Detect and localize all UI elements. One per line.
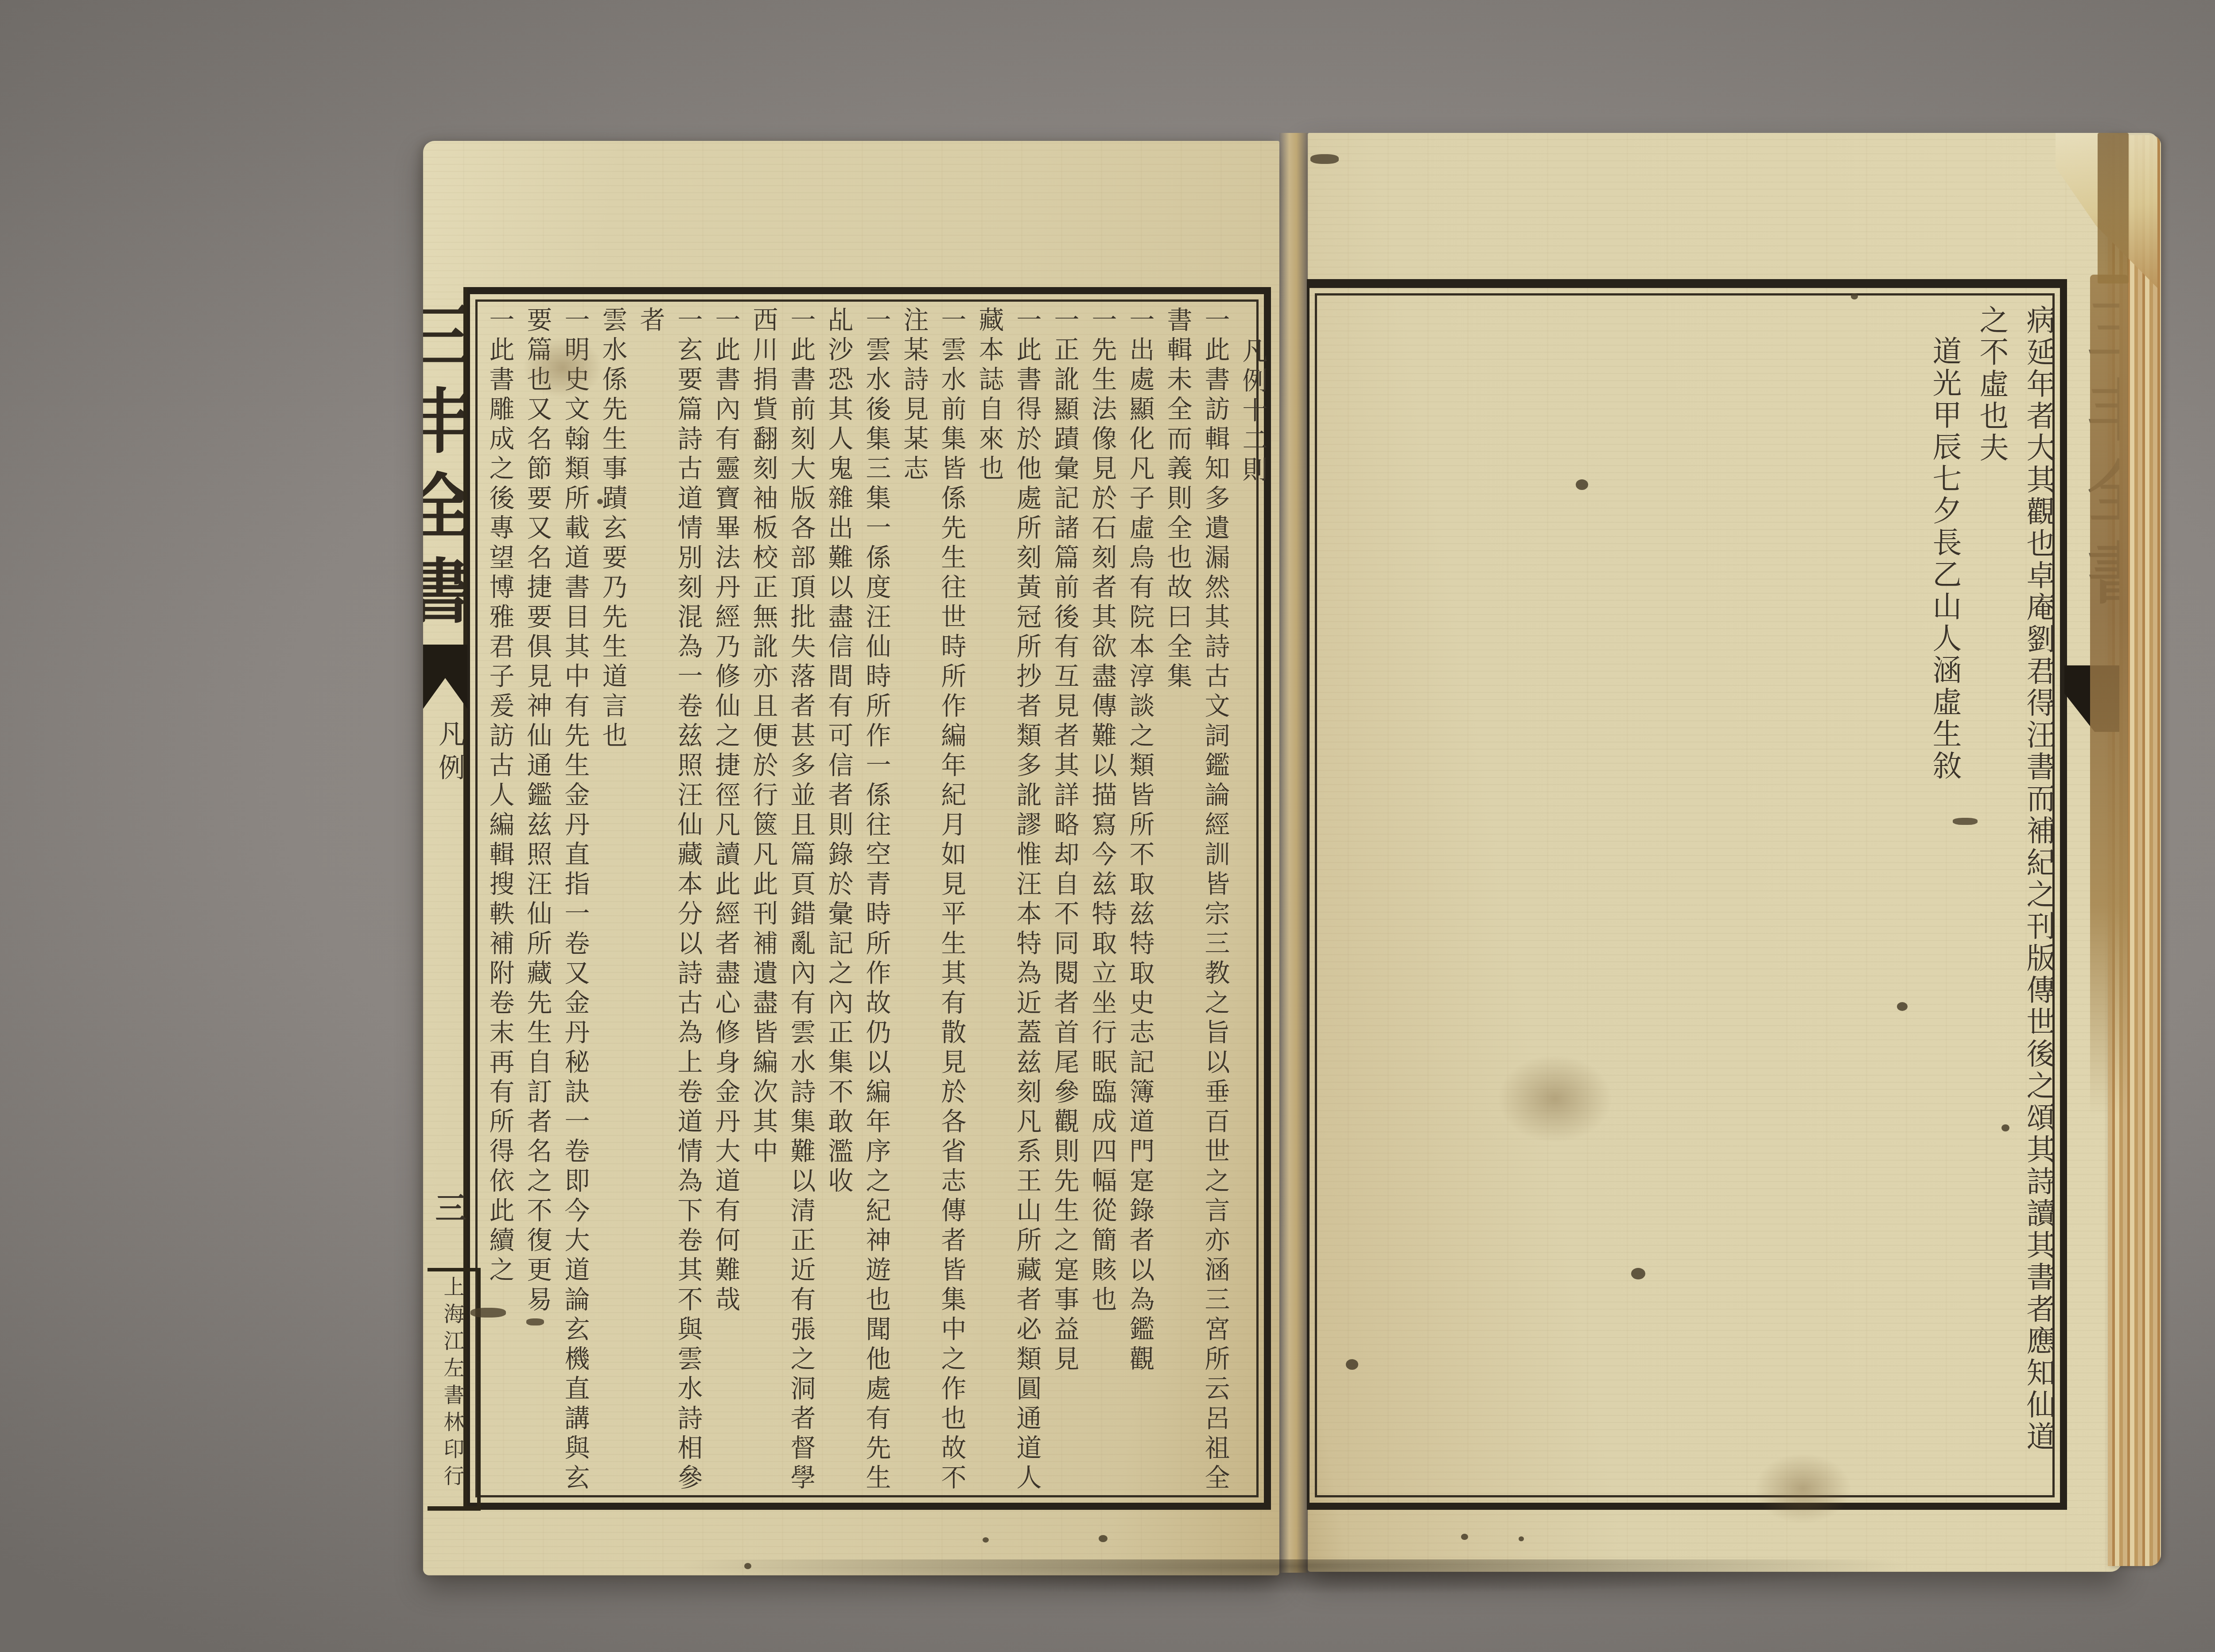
text-column: 一玄要篇詩古道情別刻混為一卷兹照汪仙藏本分以詩古為上卷道情為下卷其不與雲水詩相參…	[631, 307, 707, 1498]
text-column: 一此書內有靈寶畢法丹經乃修仙之捷徑凡讀此經者盡心修身金丹大道有何難哉	[707, 307, 744, 1498]
text-column: 凡例十二則	[1234, 338, 1271, 1498]
ink-smear	[1310, 154, 1339, 164]
text-column: 藏本誌自來也	[970, 307, 1008, 1498]
book-gutter	[1279, 133, 1308, 1573]
text-column: 一先生法像見於石刻者其欲盡傳難以描寫今兹特取立坐行眠臨成四幅從簡賅也	[1083, 307, 1121, 1498]
book-photograph: 三丰全書 凡例 三 上海江左書林印行 三丰全書 凡例十二則一此書訪輯知多遺漏然其…	[0, 0, 2215, 1652]
paper-stain	[523, 337, 602, 399]
text-column: 之不虛也夫	[1968, 305, 2015, 1483]
worm-spot	[1346, 1359, 1358, 1370]
text-column: 注某詩見某志	[895, 307, 933, 1498]
publisher-imprint: 上海江左書林印行	[438, 1276, 467, 1506]
text-column: 西川捐貲翻刻袖板校正無訛亦且便於行篋凡此刊補遺盡皆編次其中	[744, 307, 782, 1498]
paper-stain	[1754, 1453, 1852, 1524]
preface-ending-text-block: 病延年者大其觀也卓庵劉君得汪書而補紀之刊版傳世後之頌其詩讀其書者應知仙道之不虛也…	[1919, 305, 2062, 1483]
page-number: 三	[426, 1192, 471, 1223]
text-column: 一出處顯化凡子虛烏有院本淳談之類皆所不取兹特取史志記簿道門寔錄者以為鑑觀	[1121, 307, 1158, 1498]
ink-smear	[526, 1318, 544, 1325]
ink-smear	[1953, 818, 1978, 825]
worm-spot	[744, 1563, 751, 1569]
fanli-text-block: 凡例十二則一此書訪輯知多遺漏然其詩古文詞鑑論經訓皆宗三教之旨以垂百世之言亦涵三宮…	[518, 307, 1271, 1498]
worm-spot	[2001, 1124, 2009, 1131]
worm-spot	[983, 1537, 989, 1543]
worm-spot	[1576, 479, 1588, 490]
worm-spot	[1631, 1268, 1645, 1279]
text-column: 書輯未全而義則全也故曰全集	[1158, 307, 1196, 1498]
text-column: 一正訛顯蹟彙記諸篇前後有互見者其詳略却自不同閱者首尾參觀則先生之寔事益見	[1045, 307, 1083, 1498]
text-column: 一此書前刻大版各部頂批失落者甚多並且篇頁錯亂內有雲水詩集難以清正近有張之洞者督學	[782, 307, 820, 1498]
worm-spot	[1851, 293, 1858, 299]
worm-spot	[1519, 1536, 1524, 1541]
text-column: 一此書得於他處所刻黃冠所抄者類多訛謬惟汪本特為近蓋兹刻凡系王山所藏者必類圓通道人	[1008, 307, 1045, 1498]
book-title-vertical: 三丰全書	[423, 299, 467, 640]
text-column: 道光甲辰七夕長乙山人涵虛生敘	[1921, 336, 1968, 1483]
text-column: 雲水係先生事蹟玄要乃先生道言也	[594, 307, 631, 1498]
text-column: 一此書訪輯知多遺漏然其詩古文詞鑑論經訓皆宗三教之旨以垂百世之言亦涵三宮所云呂祖全	[1196, 307, 1234, 1498]
book-shadow	[416, 1559, 2171, 1626]
worm-spot	[1897, 1002, 1908, 1011]
ink-smear	[470, 1308, 506, 1318]
text-column: 病延年者大其觀也卓庵劉君得汪書而補紀之刊版傳世後之頌其詩讀其書者應知仙道	[2015, 305, 2062, 1483]
worm-spot	[1461, 1534, 1468, 1540]
text-column: 一明史文翰類所載道書目其中有先生金丹直指一卷又金丹秘訣一卷即今大道論玄機直講與玄	[556, 307, 594, 1498]
section-label: 凡例	[431, 720, 469, 787]
text-column: 一此書雕成之後專望博雅君子爰訪古人編輯搜軼補附卷末再有所得依此續之	[481, 307, 518, 1498]
spine-repair-stain	[2090, 275, 2128, 1116]
text-column: 一雲水前集皆係先生往世時所作編年紀月如見平生其有散見於各省志傳者皆集中之作也故不	[933, 307, 970, 1498]
spine-repair-stain	[2098, 133, 2129, 284]
paper-stain	[1497, 1054, 1613, 1143]
worm-spot	[597, 499, 603, 504]
text-column: 乩沙恐其人鬼雜出難以盡信間有可信者則錄於彙記之內正集不敢濫收	[820, 307, 857, 1498]
text-column: 一雲水後集三集一係度汪仙時所作一係往空青時所作故仍以編年序之紀神遊也聞他處有先生	[857, 307, 895, 1498]
worm-spot	[1099, 1535, 1107, 1542]
publisher-box: 上海江左書林印行	[427, 1268, 481, 1511]
